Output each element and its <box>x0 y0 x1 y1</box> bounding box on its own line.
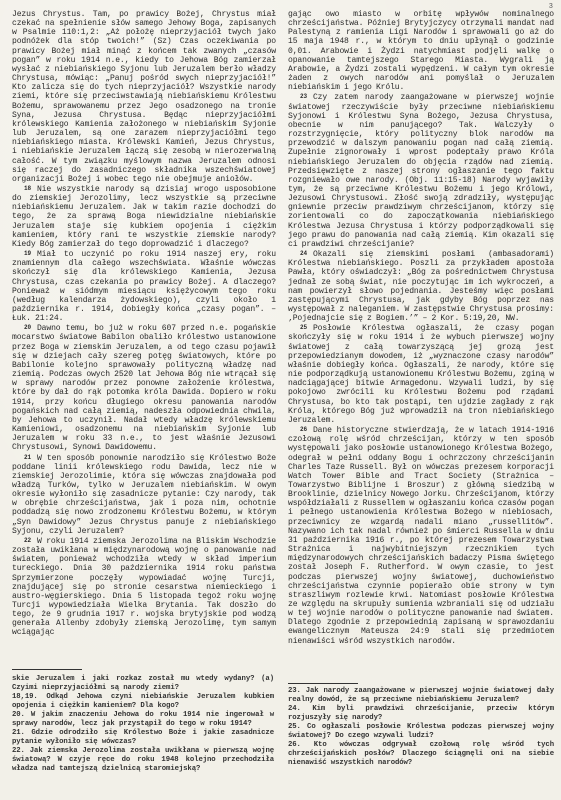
question: 22. Jak ziemska Jerozolima została uwikł… <box>12 747 274 774</box>
paragraph: Jezus Chrystus. Tam, po prawicy Bożej, C… <box>12 10 276 184</box>
paragraph: 25Posłowie Królestwa ogłaszali, że czasy… <box>288 323 554 425</box>
question: 21. Gdzie odrodziło się Królestwo Boże i… <box>12 729 274 747</box>
paragraph-number: 19 <box>24 250 31 257</box>
left-column: Jezus Chrystus. Tam, po prawicy Bożej, C… <box>12 10 276 638</box>
footnote-divider <box>288 683 358 684</box>
paragraph: 23Czy zatem narody zaangażowane w pierws… <box>288 92 554 249</box>
paragraph-number: 20 <box>24 324 31 331</box>
question: 23. Jak narody zaangażowane w pierwszej … <box>288 687 554 705</box>
paragraph-number: 24 <box>300 250 307 257</box>
footnote-divider <box>12 669 82 670</box>
paragraph: 19Miał to uczynić po roku 1914 naszej er… <box>12 249 276 323</box>
paragraph-number: 22 <box>24 537 31 544</box>
question: 24. Kim byli prawdziwi chrześcijanie, pr… <box>288 705 554 723</box>
question: 25. Co ogłaszali posłowie Królestwa podc… <box>288 723 554 741</box>
question: 20. W jakim znaczeniu Jehowa do roku 191… <box>12 711 274 729</box>
document-page: 3 Jezus Chrystus. Tam, po prawicy Bożej,… <box>0 0 561 800</box>
paragraph-number: 25 <box>300 324 307 331</box>
paragraph-number: 26 <box>300 426 307 433</box>
paragraph-number: 21 <box>24 454 31 461</box>
right-column: gając owo miasto w orbitę wpływów nomina… <box>288 10 554 646</box>
paragraph: 26Dane historyczne stwierdzają, że w lat… <box>288 425 554 646</box>
paragraph: 18Nie wszystkie narody są dzisiaj wrogo … <box>12 184 276 249</box>
paragraph: 20Dawno temu, bo już w roku 607 przed n.… <box>12 323 276 452</box>
paragraph: gając owo miasto w orbitę wpływów nomina… <box>288 10 554 92</box>
review-questions-right: 23. Jak narody zaangażowane w pierwszej … <box>288 687 554 768</box>
paragraph: 21W ten sposób ponownie narodziło się Kr… <box>12 453 276 536</box>
paragraph-number: 23 <box>300 93 307 100</box>
paragraph-number: 18 <box>24 185 31 192</box>
question: 18,19. Odkąd Jehowa czyni niebiańskie Je… <box>12 693 274 711</box>
review-questions-left: skie Jeruzalem i jaki rozkaz został mu w… <box>12 675 274 774</box>
question: skie Jeruzalem i jaki rozkaz został mu w… <box>12 675 274 693</box>
paragraph: 24Okazali się ziemskimi posłami (ambasad… <box>288 249 554 323</box>
paragraph: 22W roku 1914 ziemska Jerozolima na Blis… <box>12 536 276 638</box>
question: 26. Kto wówczas odgrywał czołową rolę wś… <box>288 741 554 768</box>
